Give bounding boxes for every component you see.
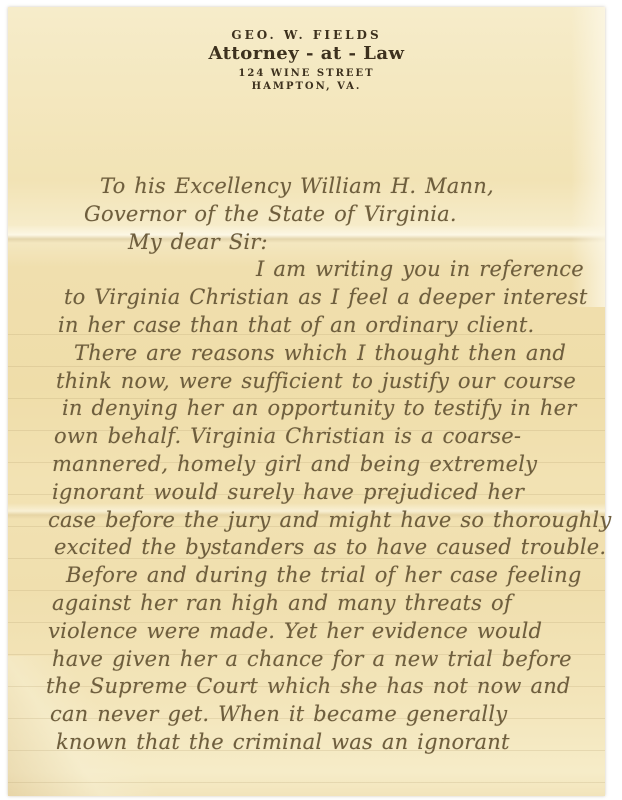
- handwritten-line: case before the jury and might have so t…: [48, 507, 601, 535]
- letterhead-title: Attorney - at - Law: [8, 43, 605, 64]
- handwritten-line: to Virginia Christian as I feel a deeper…: [64, 284, 601, 312]
- handwritten-line: Governor of the State of Virginia.: [84, 201, 601, 229]
- handwritten-line: My dear Sir:: [128, 229, 601, 257]
- handwritten-line: violence were made. Yet her evidence wou…: [48, 618, 601, 646]
- letterhead: GEO. W. FIELDS Attorney - at - Law 124 W…: [8, 28, 605, 92]
- letterhead-street: 124 WINE STREET: [8, 68, 605, 79]
- letterhead-city: HAMPTON, VA.: [8, 81, 605, 92]
- handwritten-line: think now, were sufficient to justify ou…: [56, 368, 601, 396]
- handwritten-line: have given her a chance for a new trial …: [52, 646, 601, 674]
- handwritten-line: against her ran high and many threats of: [52, 590, 601, 618]
- handwritten-line: known that the criminal was an ignorant: [56, 729, 601, 757]
- handwritten-line: To his Excellency William H. Mann,: [100, 173, 601, 201]
- letter-body: To his Excellency William H. Mann,Govern…: [8, 173, 601, 757]
- handwritten-line: ignorant would surely have prejudiced he…: [52, 479, 601, 507]
- letter-paper: GEO. W. FIELDS Attorney - at - Law 124 W…: [8, 7, 605, 796]
- handwritten-line: own behalf. Virginia Christian is a coar…: [54, 423, 601, 451]
- handwritten-line: Before and during the trial of her case …: [66, 562, 601, 590]
- handwritten-line: in denying her an opportunity to testify…: [62, 395, 601, 423]
- handwritten-line: I am writing you in reference: [256, 256, 601, 284]
- handwritten-line: mannered, homely girl and being extremel…: [52, 451, 601, 479]
- letterhead-name: GEO. W. FIELDS: [8, 28, 605, 42]
- scanned-letter: GEO. W. FIELDS Attorney - at - Law 124 W…: [0, 0, 622, 800]
- handwritten-line: There are reasons which I thought then a…: [74, 340, 601, 368]
- handwritten-line: can never get. When it became generally: [50, 701, 601, 729]
- handwritten-line: in her case than that of an ordinary cli…: [58, 312, 601, 340]
- handwritten-line: the Supreme Court which she has not now …: [46, 673, 601, 701]
- handwritten-line: excited the bystanders as to have caused…: [54, 534, 601, 562]
